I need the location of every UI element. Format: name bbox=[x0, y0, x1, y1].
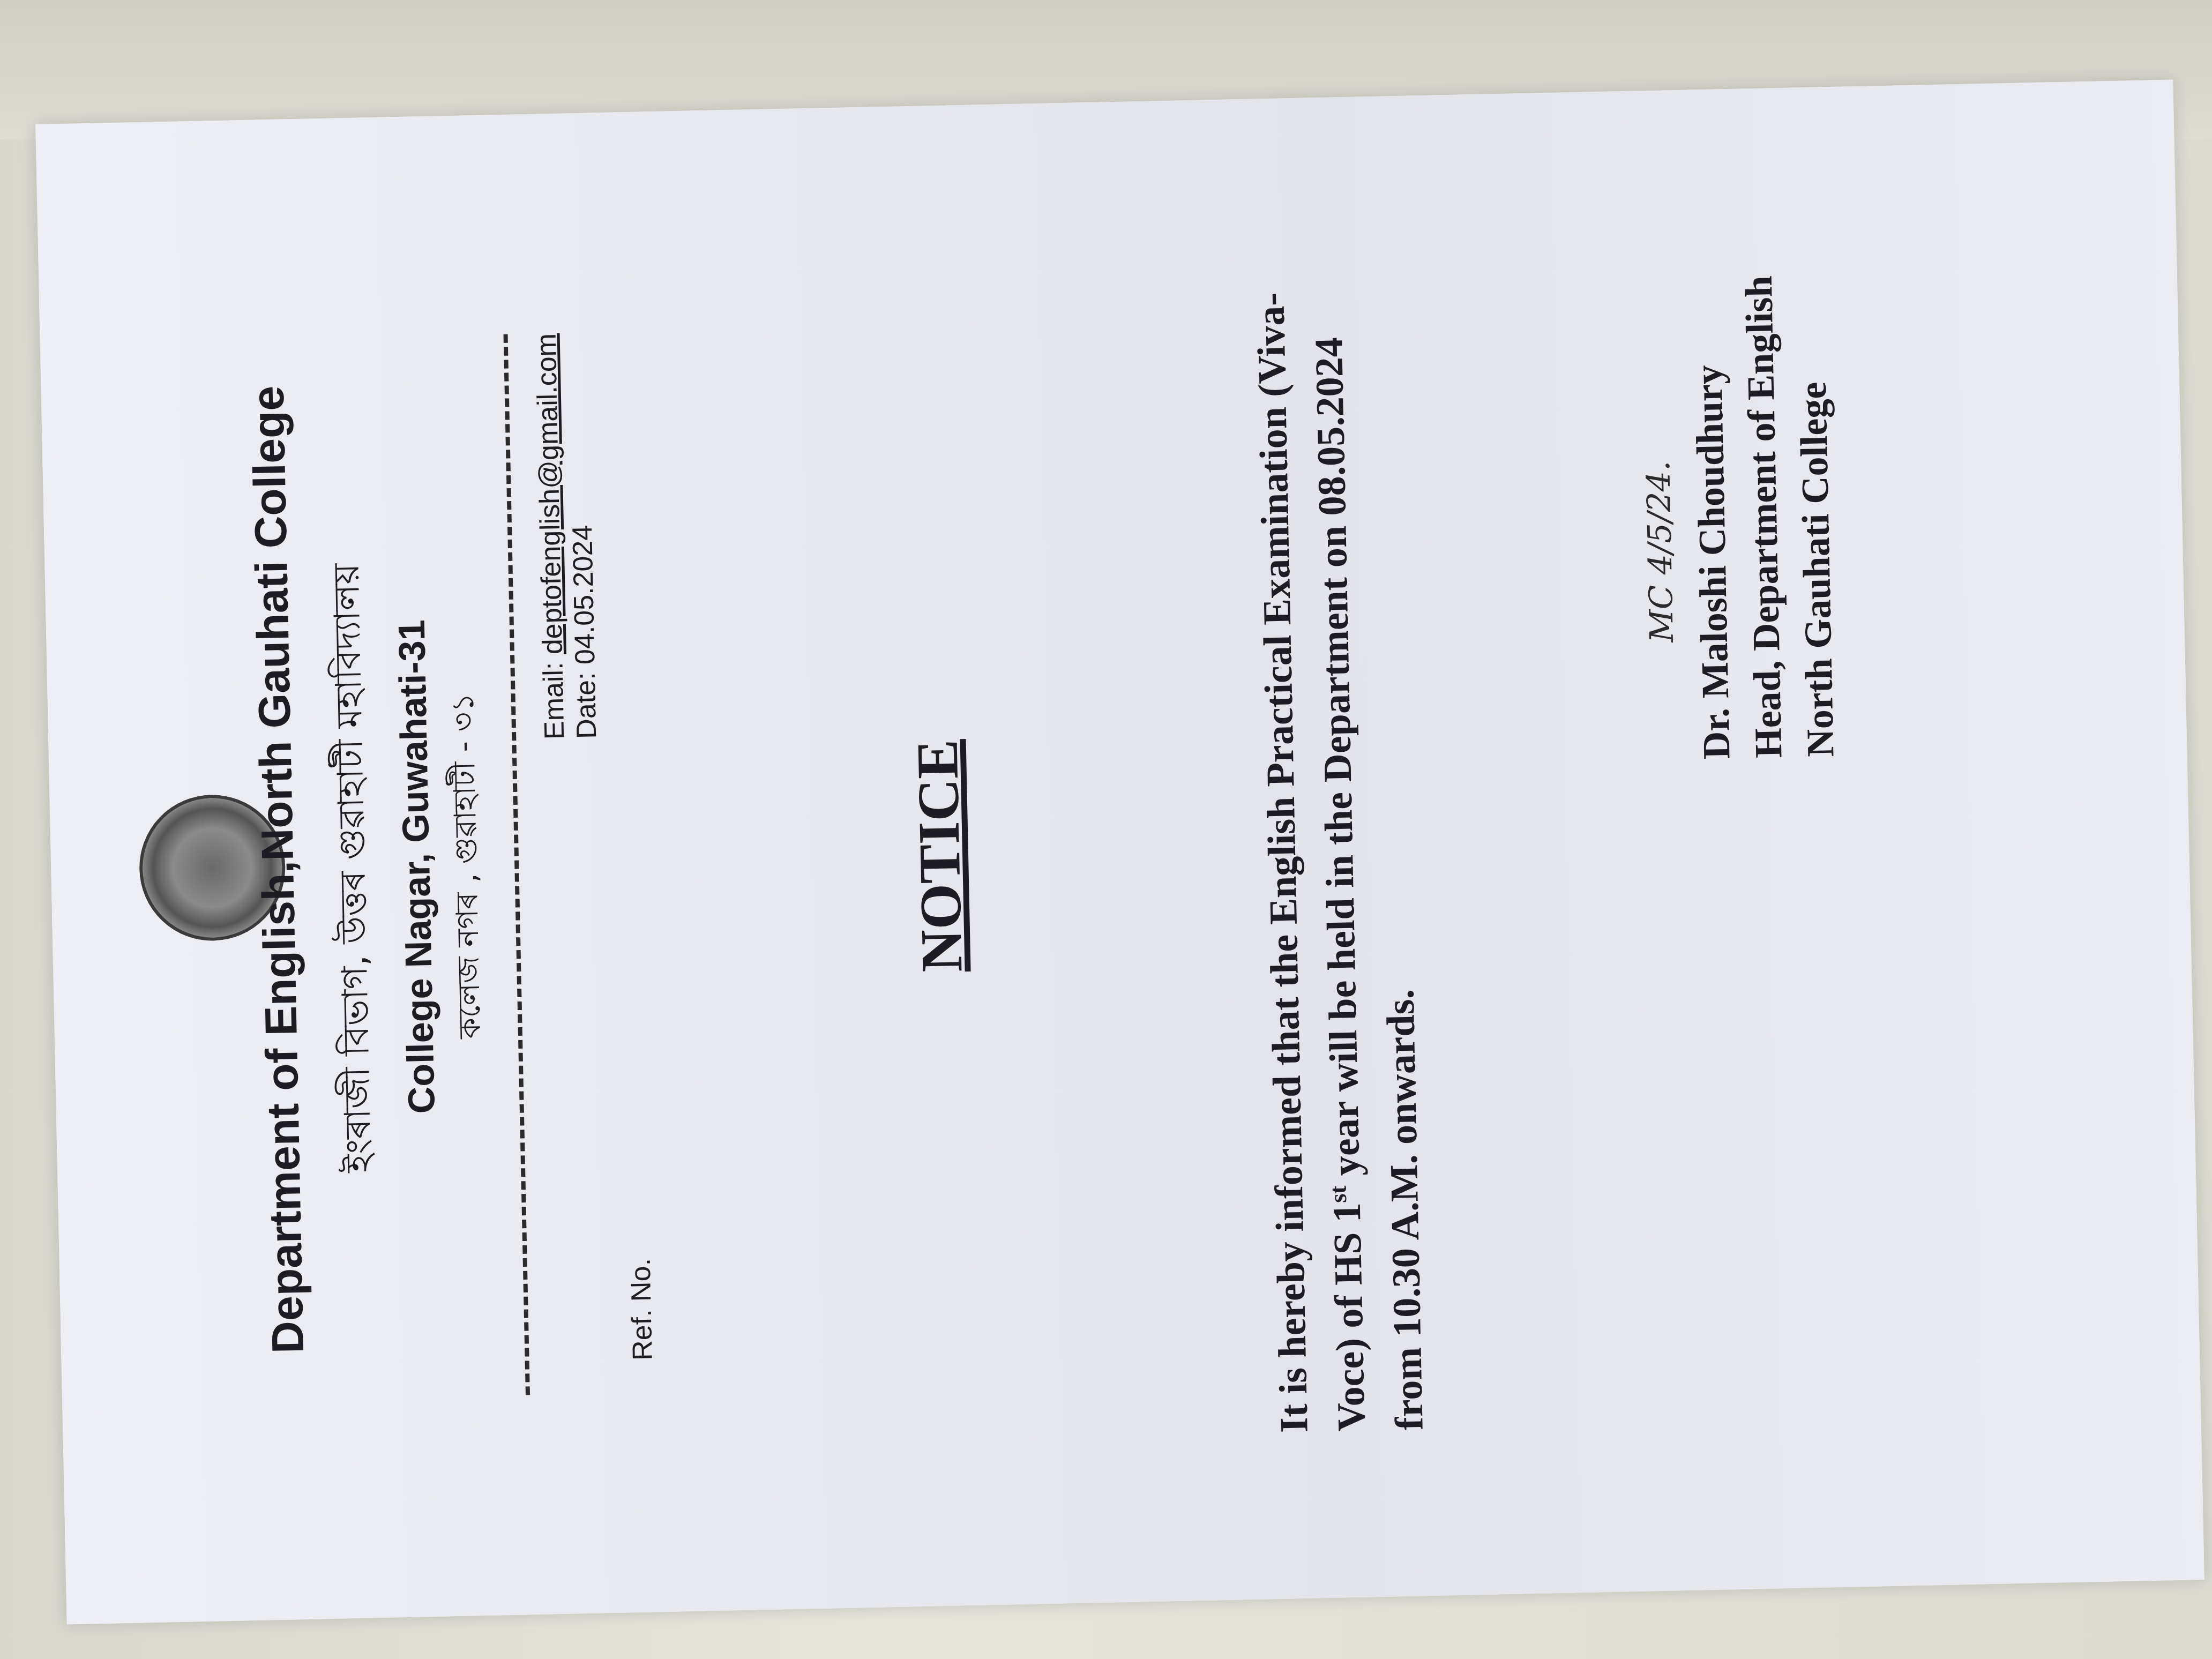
handwritten-signature: MC 4/5/24. bbox=[1633, 278, 1684, 643]
email-label: Email: bbox=[537, 654, 570, 740]
signatory-designation: Head, Department of English bbox=[1733, 275, 1795, 759]
meta-row: Ref. No. Email: deptofenglish@gmail.com … bbox=[530, 334, 552, 1395]
date-label: Date: bbox=[570, 664, 602, 739]
ref-no-label: Ref. No. bbox=[625, 1258, 659, 1361]
notice-body: It is hereby informed that the English P… bbox=[1242, 261, 1438, 1433]
document-content: Department of English,North Gauhati Coll… bbox=[87, 108, 2153, 1597]
notice-title: NOTICE bbox=[891, 132, 989, 1580]
signatory-name: Dr. Maloshi Choudhury bbox=[1681, 276, 1743, 760]
signature-block: MC 4/5/24. Dr. Maloshi Choudhury Head, D… bbox=[1633, 274, 1847, 761]
contact-info: Email: deptofenglish@gmail.com Date: 04.… bbox=[530, 332, 603, 739]
date-value: 04.05.2024 bbox=[567, 525, 601, 664]
letterhead: Department of English,North Gauhati Coll… bbox=[226, 142, 509, 1594]
dashed-divider bbox=[504, 334, 530, 1395]
notice-paper: Department of English,North Gauhati Coll… bbox=[35, 80, 2204, 1625]
department-title: Department of English,North Gauhati Coll… bbox=[237, 146, 319, 1593]
signatory-institution: North Gauhati College bbox=[1785, 274, 1847, 758]
ordinal-suffix: st bbox=[1325, 1185, 1352, 1203]
email-link[interactable]: deptofenglish@gmail.com bbox=[531, 333, 569, 655]
